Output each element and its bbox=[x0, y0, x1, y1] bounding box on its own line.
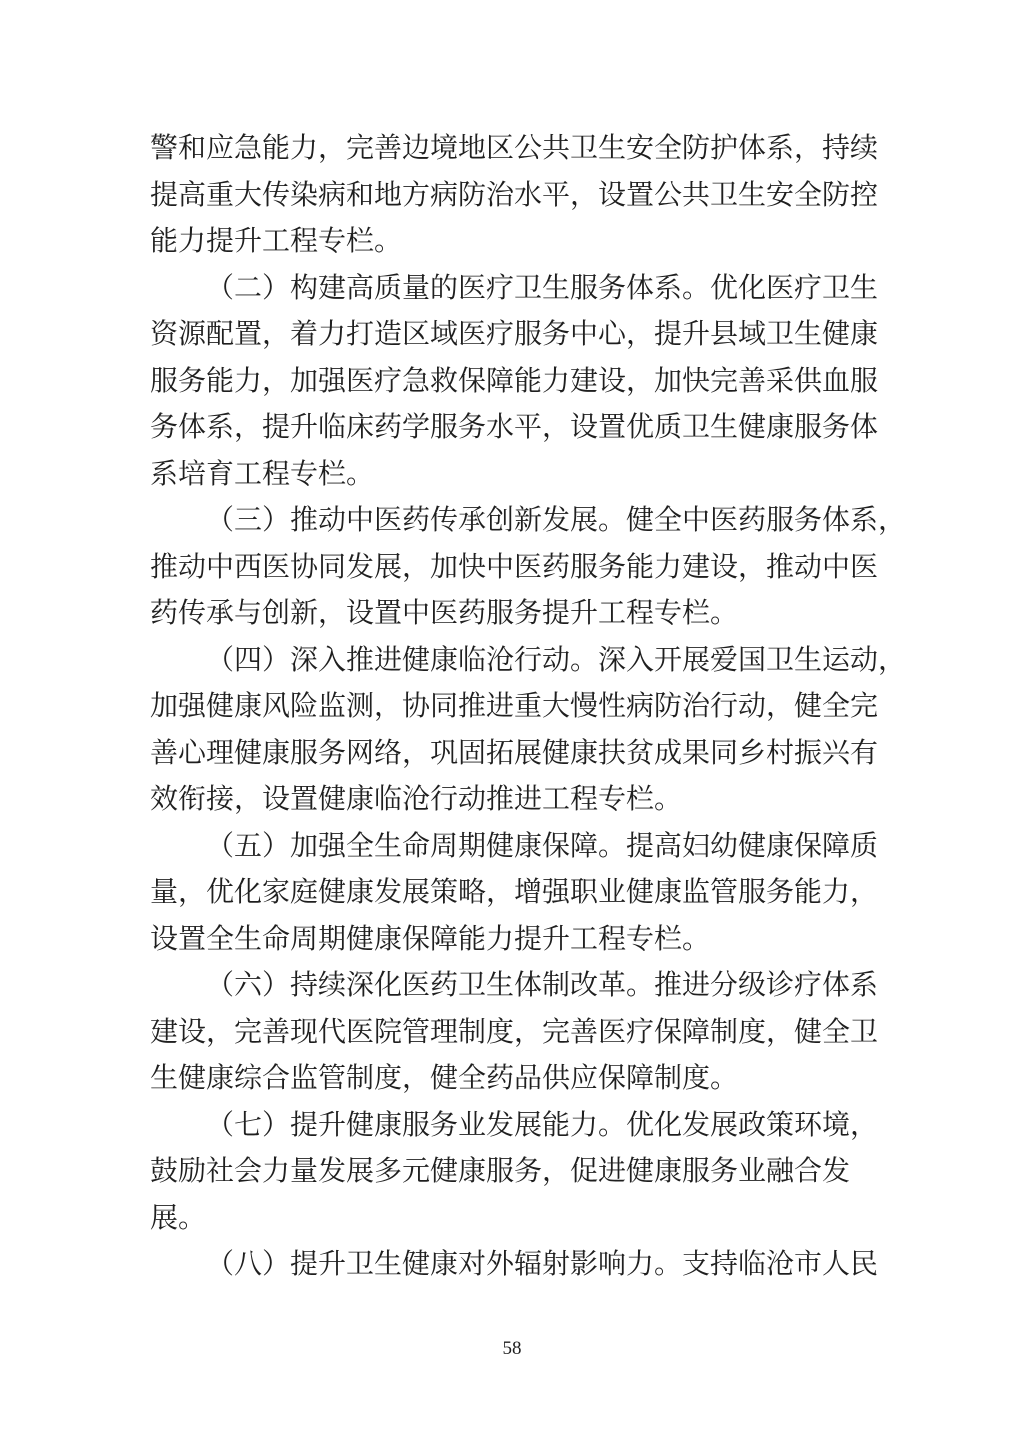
text-line: 生健康综合监管制度，健全药品供应保障制度。 bbox=[150, 1056, 890, 1103]
text-line: 资源配置，着力打造区域医疗服务中心，提升县域卫生健康 bbox=[150, 312, 890, 359]
paragraph-item-5: （五）加强全生命周期健康保障。提高妇幼健康保障质 量，优化家庭健康发展策略，增强… bbox=[150, 824, 890, 964]
text-line: （三）推动中医药传承创新发展。健全中医药服务体系， bbox=[150, 498, 890, 545]
paragraph-item-6: （六）持续深化医药卫生体制改革。推进分级诊疗体系 建设，完善现代医院管理制度，完… bbox=[150, 963, 890, 1103]
text-line: 能力提升工程专栏。 bbox=[150, 219, 890, 266]
document-body: 警和应急能力，完善边境地区公共卫生安全防护体系，持续 提高重大传染病和地方病防治… bbox=[150, 126, 890, 1289]
page-number: 58 bbox=[0, 1338, 1024, 1360]
paragraph-item-8: （八）提升卫生健康对外辐射影响力。支持临沧市人民 bbox=[150, 1242, 890, 1289]
text-line: 警和应急能力，完善边境地区公共卫生安全防护体系，持续 bbox=[150, 126, 890, 173]
paragraph-item-7: （七）提升健康服务业发展能力。优化发展政策环境， 鼓励社会力量发展多元健康服务，… bbox=[150, 1103, 890, 1243]
text-line: 设置全生命周期健康保障能力提升工程专栏。 bbox=[150, 917, 890, 964]
text-line: 服务能力，加强医疗急救保障能力建设，加快完善采供血服 bbox=[150, 359, 890, 406]
paragraph-item-4: （四）深入推进健康临沧行动。深入开展爱国卫生运动， 加强健康风险监测，协同推进重… bbox=[150, 638, 890, 824]
text-line: （八）提升卫生健康对外辐射影响力。支持临沧市人民 bbox=[150, 1242, 890, 1289]
text-line: （五）加强全生命周期健康保障。提高妇幼健康保障质 bbox=[150, 824, 890, 871]
text-line: 展。 bbox=[150, 1196, 890, 1243]
text-line: （六）持续深化医药卫生体制改革。推进分级诊疗体系 bbox=[150, 963, 890, 1010]
text-line: 量，优化家庭健康发展策略，增强职业健康监管服务能力， bbox=[150, 870, 890, 917]
document-page: 警和应急能力，完善边境地区公共卫生安全防护体系，持续 提高重大传染病和地方病防治… bbox=[0, 0, 1024, 1448]
text-line: 效衔接，设置健康临沧行动推进工程专栏。 bbox=[150, 777, 890, 824]
text-line: 鼓励社会力量发展多元健康服务，促进健康服务业融合发 bbox=[150, 1149, 890, 1196]
text-line: 推动中西医协同发展，加快中医药服务能力建设，推动中医 bbox=[150, 545, 890, 592]
text-line: （二）构建高质量的医疗卫生服务体系。优化医疗卫生 bbox=[150, 266, 890, 313]
text-line: 系培育工程专栏。 bbox=[150, 452, 890, 499]
text-line: 善心理健康服务网络，巩固拓展健康扶贫成果同乡村振兴有 bbox=[150, 731, 890, 778]
paragraph-item-2: （二）构建高质量的医疗卫生服务体系。优化医疗卫生 资源配置，着力打造区域医疗服务… bbox=[150, 266, 890, 499]
paragraph-continuation: 警和应急能力，完善边境地区公共卫生安全防护体系，持续 提高重大传染病和地方病防治… bbox=[150, 126, 890, 266]
text-line: 加强健康风险监测，协同推进重大慢性病防治行动，健全完 bbox=[150, 684, 890, 731]
text-line: 建设，完善现代医院管理制度，完善医疗保障制度，健全卫 bbox=[150, 1010, 890, 1057]
text-line: 药传承与创新，设置中医药服务提升工程专栏。 bbox=[150, 591, 890, 638]
text-line: （七）提升健康服务业发展能力。优化发展政策环境， bbox=[150, 1103, 890, 1150]
text-line: （四）深入推进健康临沧行动。深入开展爱国卫生运动， bbox=[150, 638, 890, 685]
text-line: 提高重大传染病和地方病防治水平，设置公共卫生安全防控 bbox=[150, 173, 890, 220]
text-line: 务体系，提升临床药学服务水平，设置优质卫生健康服务体 bbox=[150, 405, 890, 452]
paragraph-item-3: （三）推动中医药传承创新发展。健全中医药服务体系， 推动中西医协同发展，加快中医… bbox=[150, 498, 890, 638]
